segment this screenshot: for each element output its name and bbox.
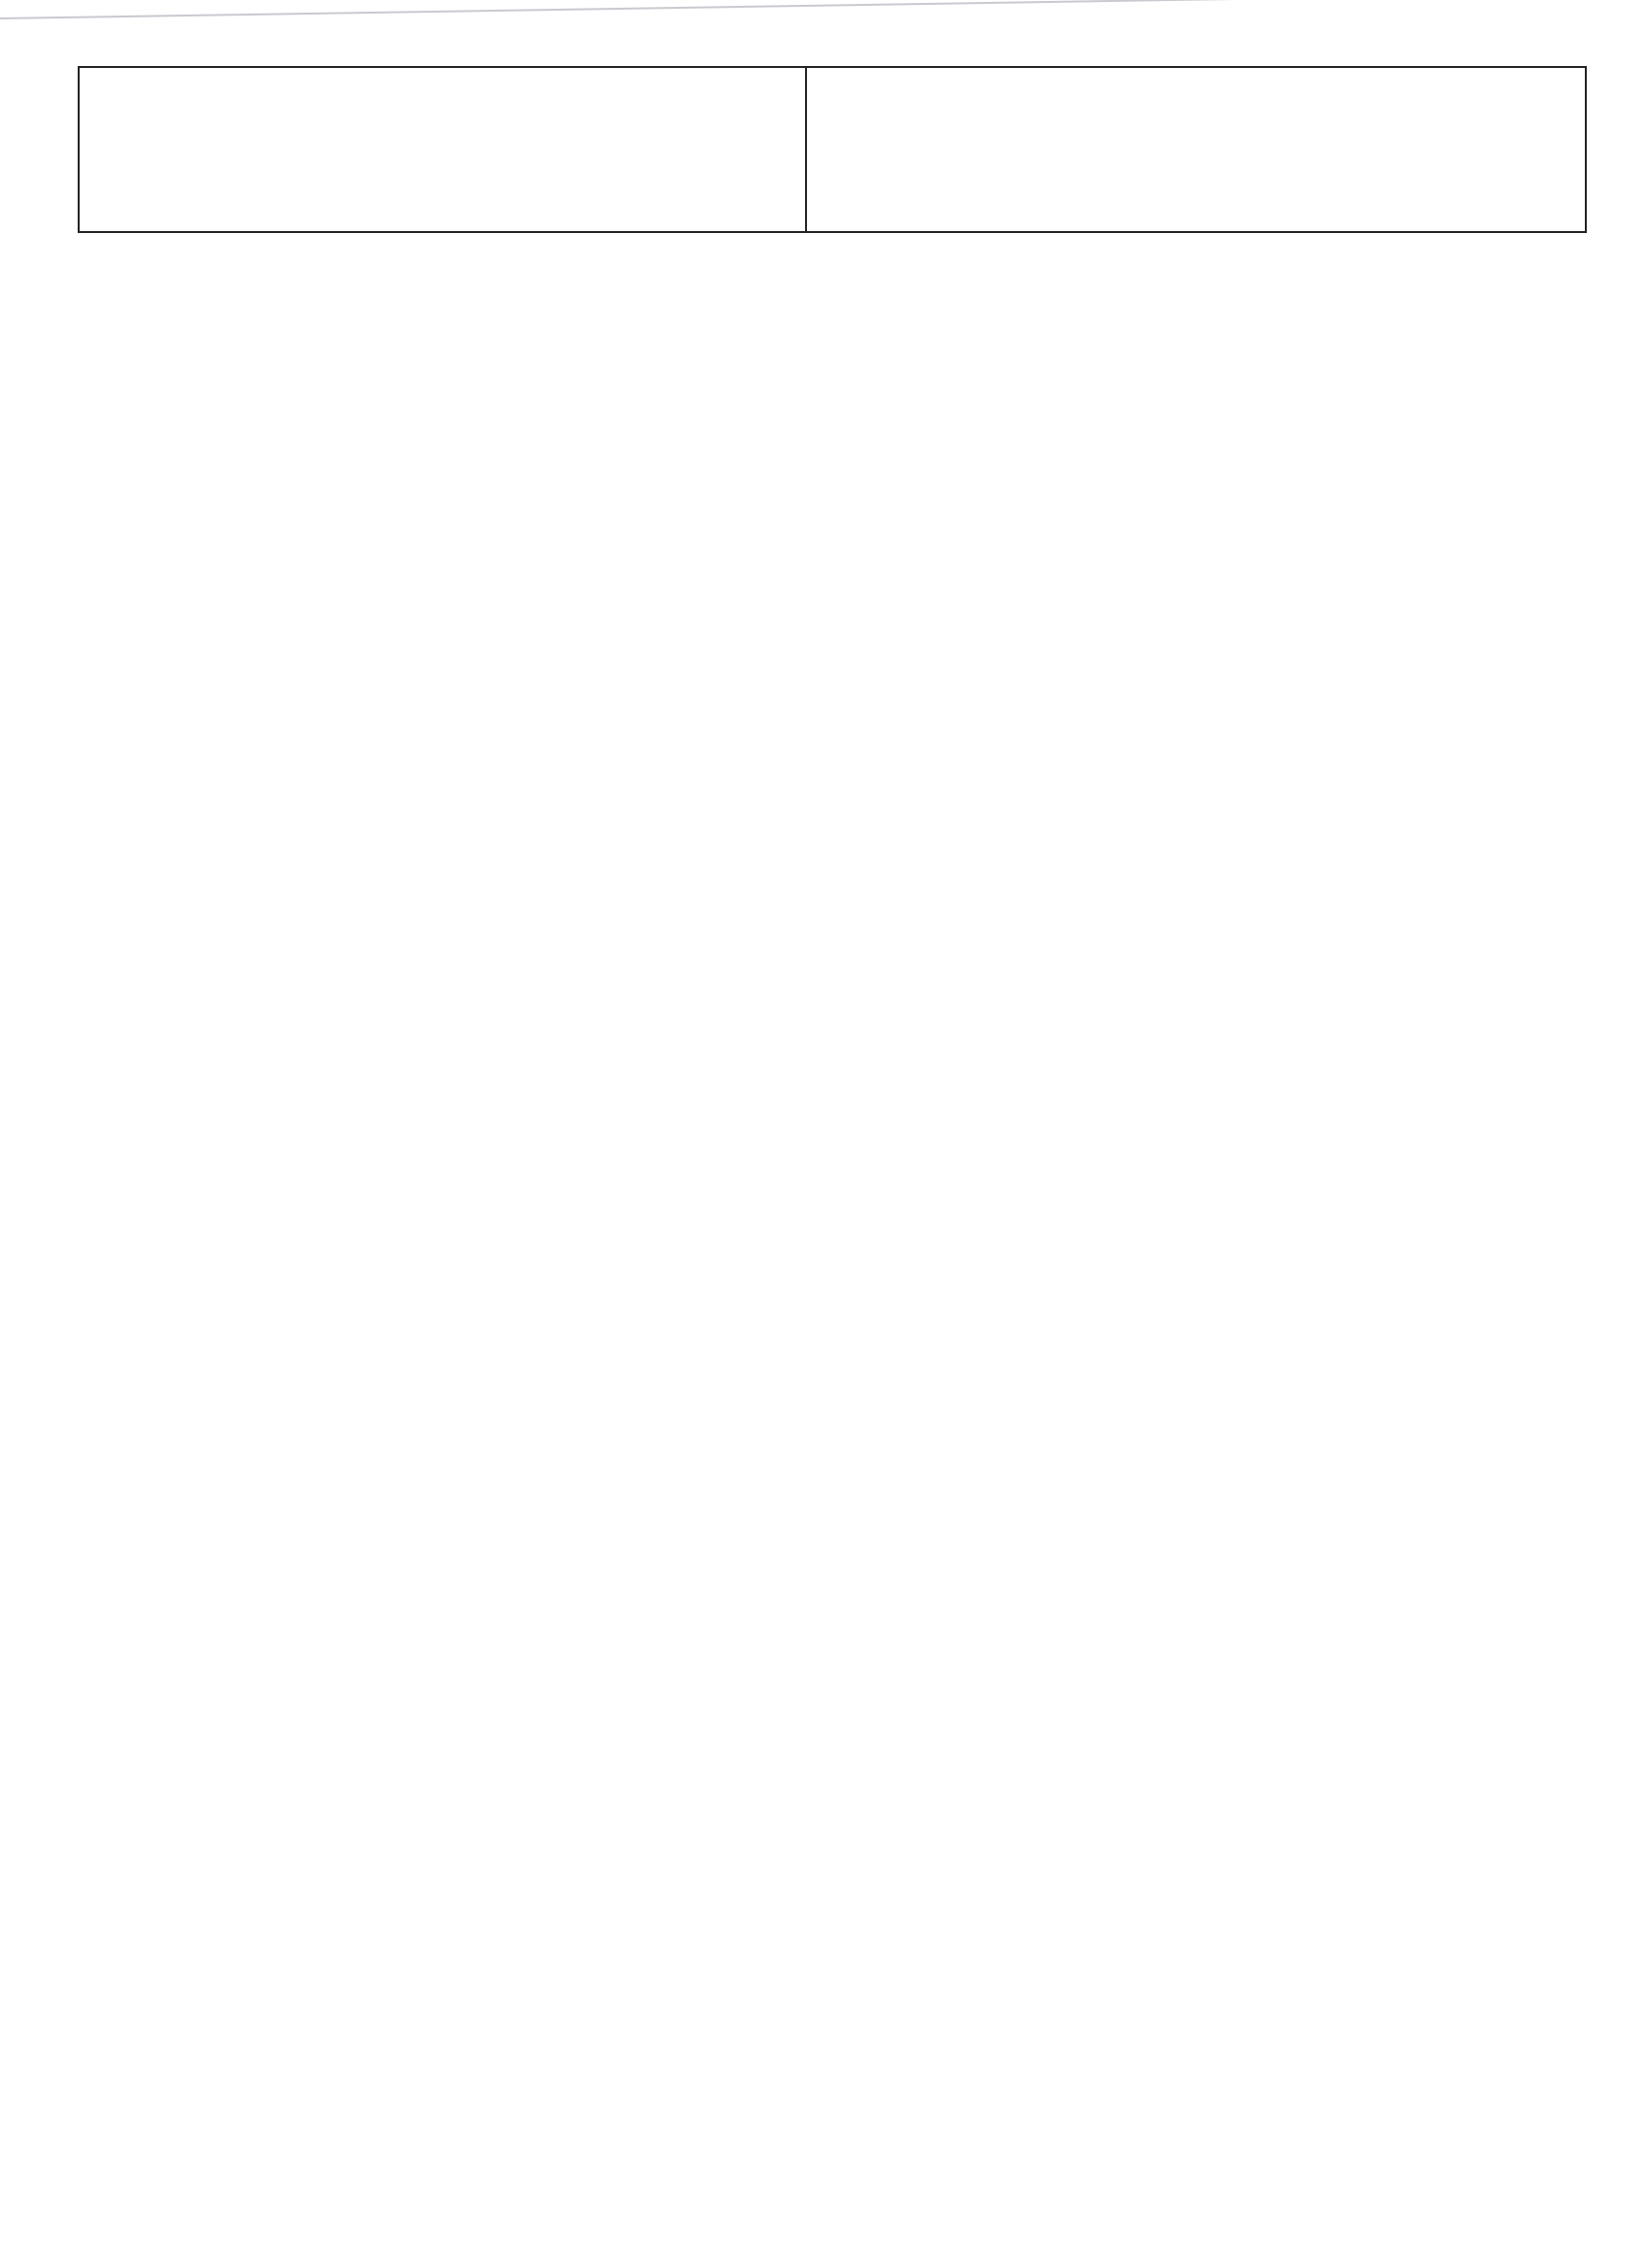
header-box	[78, 66, 1587, 233]
scan-edge-line	[0, 0, 1647, 19]
header-divider	[805, 66, 807, 233]
